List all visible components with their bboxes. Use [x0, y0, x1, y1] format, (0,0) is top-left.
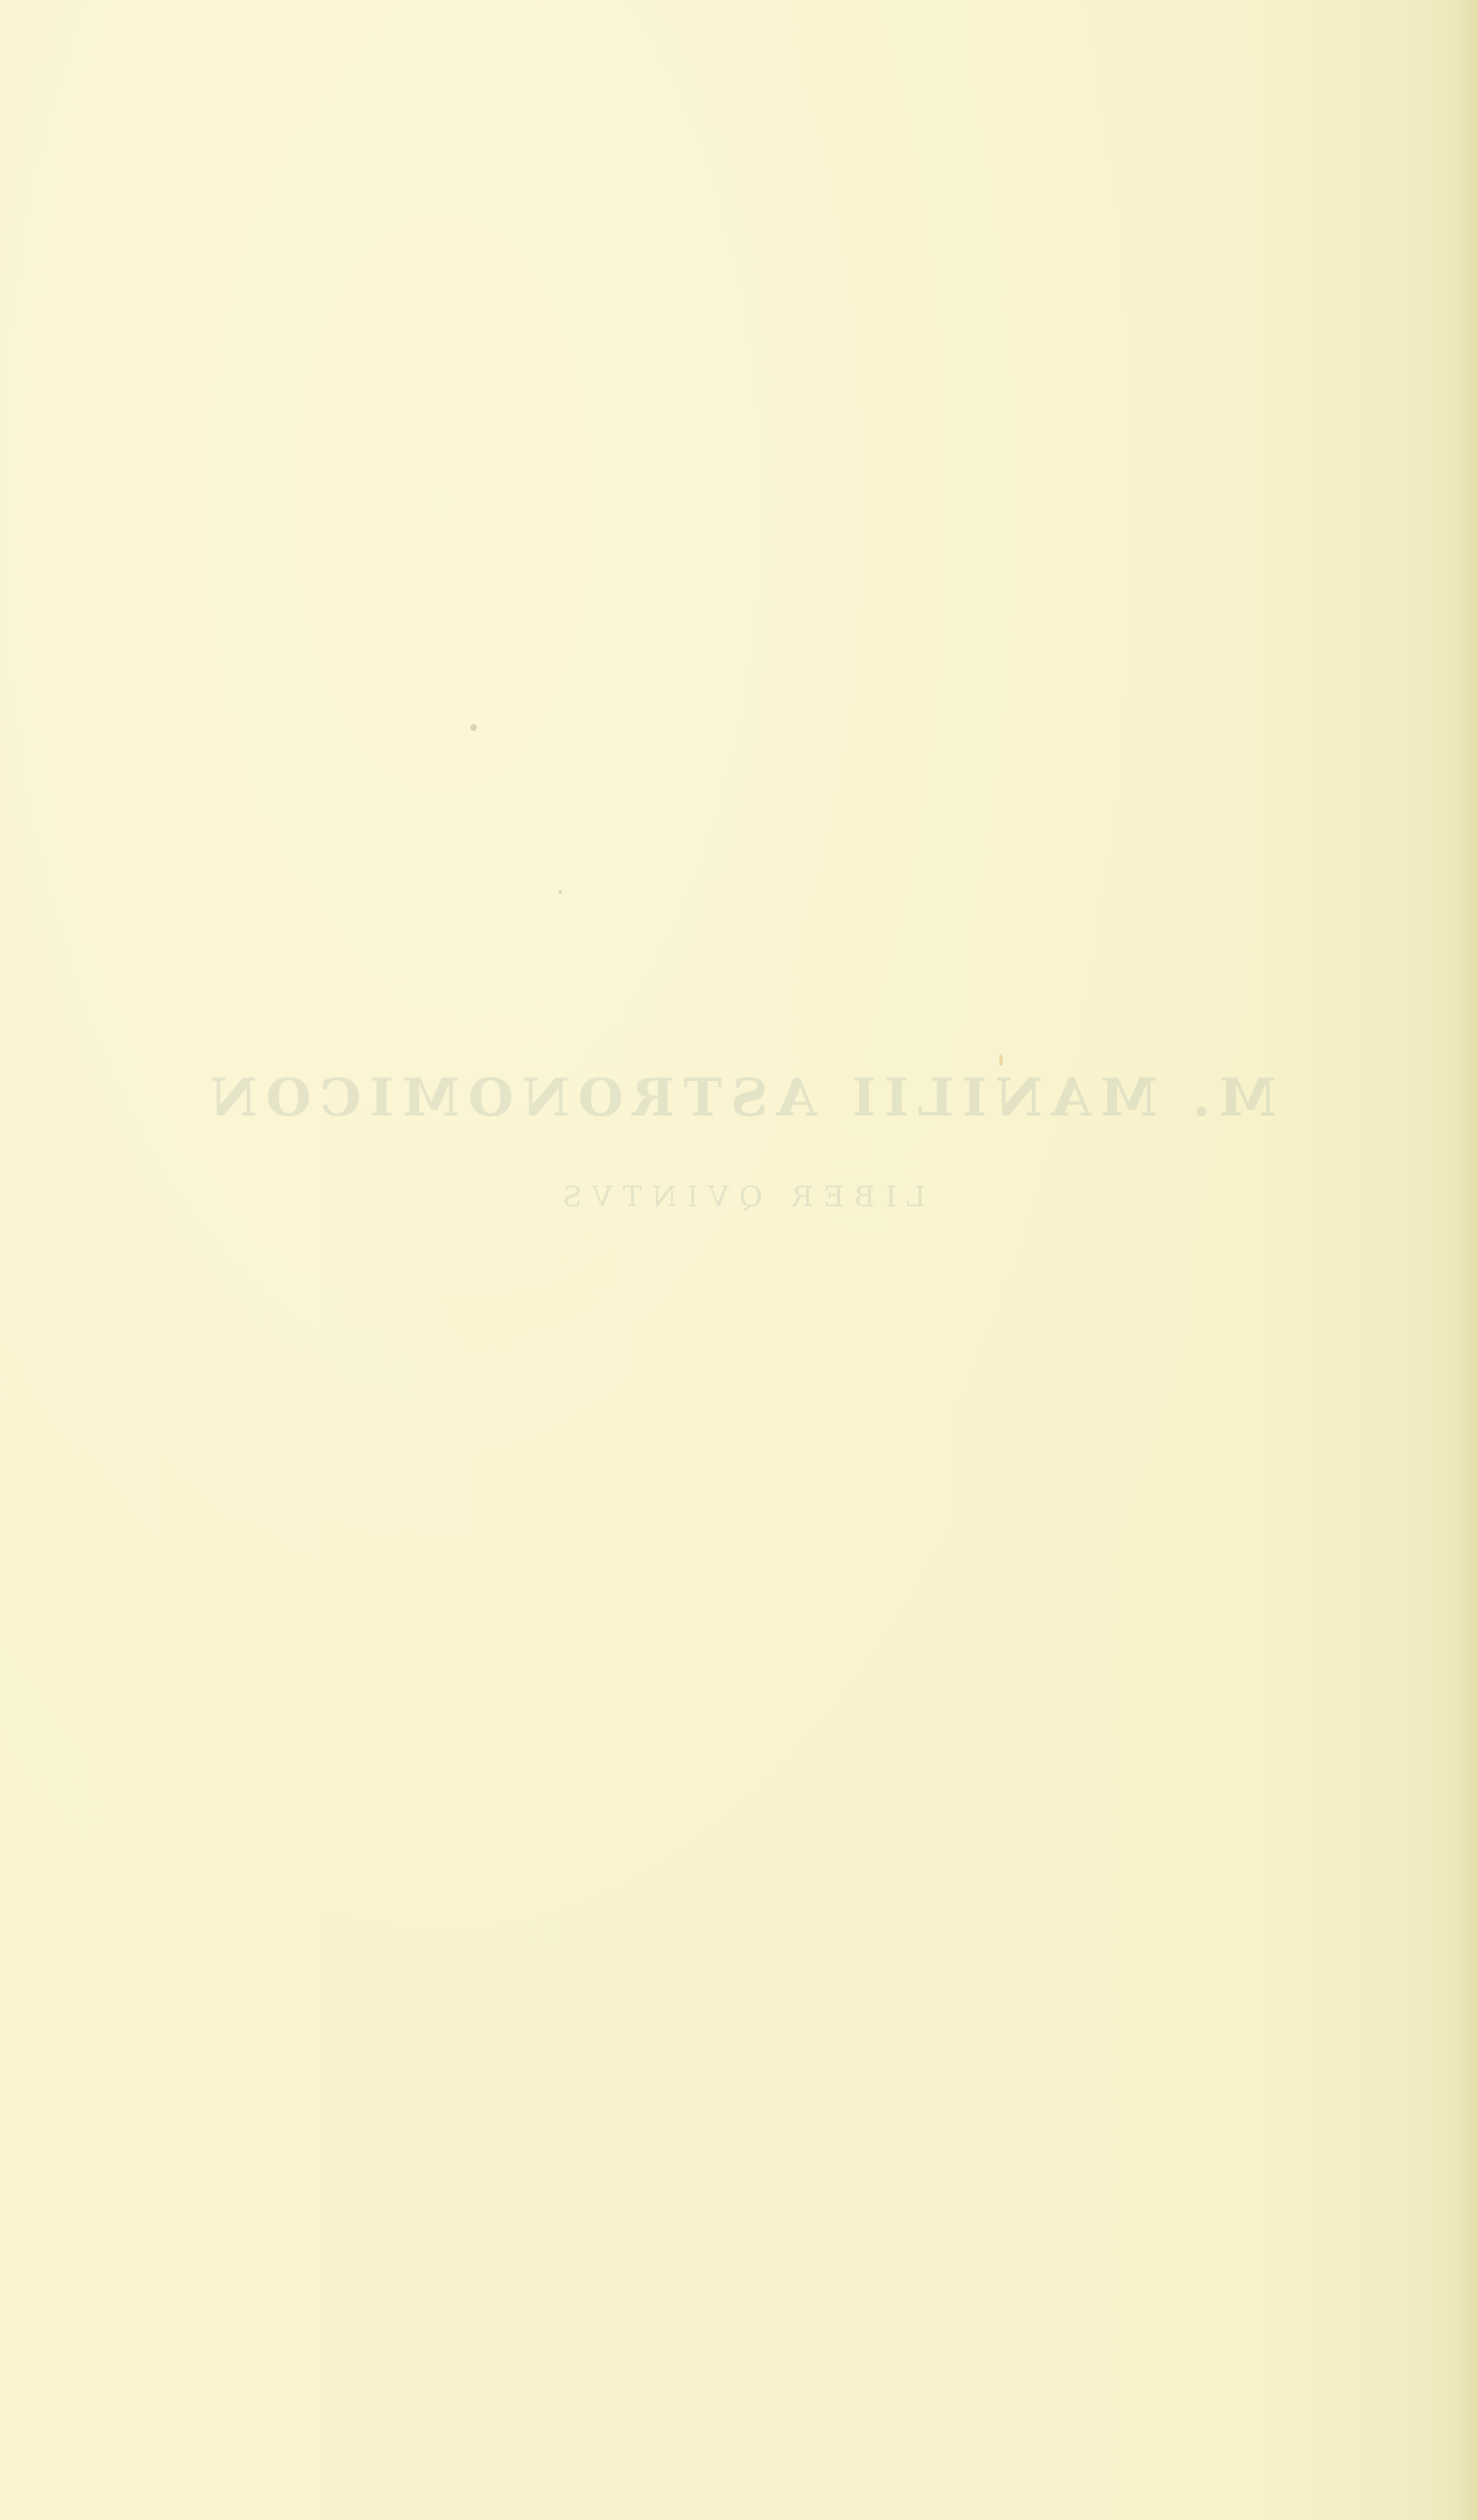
blank-book-page: M. MANILII ASTRONOMICON LIBER QVINTVS [0, 0, 1478, 2520]
paper-speck [470, 724, 477, 731]
showthrough-subtitle-text: LIBER QVINTVS [0, 1180, 1478, 1214]
page-edge-shadow [1453, 0, 1478, 2520]
showthrough-title-text: M. MANILII ASTRONOMICON [0, 1067, 1478, 1128]
paper-speck [558, 890, 562, 894]
paper-speck [999, 1054, 1003, 1066]
